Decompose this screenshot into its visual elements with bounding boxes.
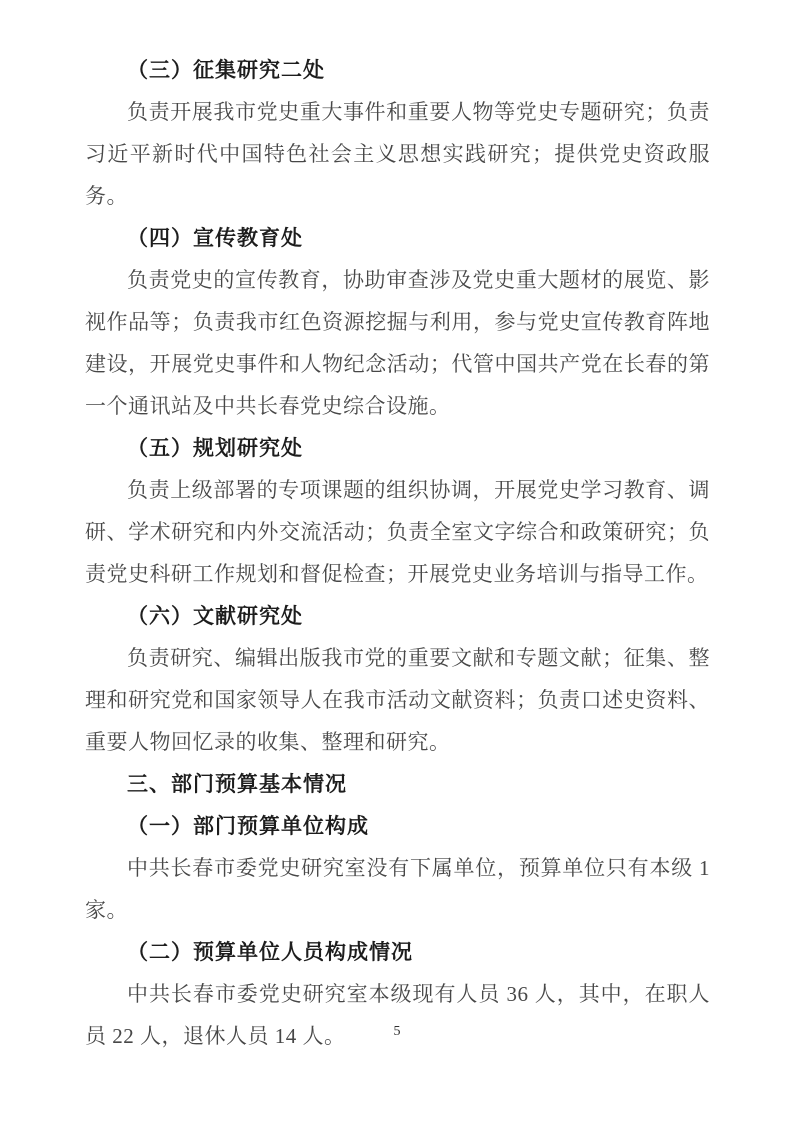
page-number: 5 <box>0 1022 794 1042</box>
section-heading-planning-research: （五）规划研究处 <box>85 427 710 469</box>
section-heading-literature-research: （六）文献研究处 <box>85 595 710 637</box>
chapter-heading-budget-basic-situation: 三、部门预算基本情况 <box>85 763 710 805</box>
document-body: （三）征集研究二处 负责开展我市党史重大事件和重要人物等党史专题研究；负责习近平… <box>85 49 710 1057</box>
section-heading-budget-unit-composition: （一）部门预算单位构成 <box>85 805 710 847</box>
paragraph-literature-research-duties: 负责研究、编辑出版我市党的重要文献和专题文献；征集、整理和研究党和国家领导人在我… <box>85 637 710 763</box>
paragraph-publicity-education-duties: 负责党史的宣传教育，协助审查涉及党史重大题材的展览、影视作品等；负责我市红色资源… <box>85 259 710 427</box>
paragraph-collection-research-2-duties: 负责开展我市党史重大事件和重要人物等党史专题研究；负责习近平新时代中国特色社会主… <box>85 91 710 217</box>
section-heading-personnel-composition: （二）预算单位人员构成情况 <box>85 931 710 973</box>
paragraph-planning-research-duties: 负责上级部署的专项课题的组织协调，开展党史学习教育、调研、学术研究和内外交流活动… <box>85 469 710 595</box>
section-heading-publicity-education: （四）宣传教育处 <box>85 217 710 259</box>
section-heading-collection-research-2: （三）征集研究二处 <box>85 49 710 91</box>
paragraph-personnel-composition: 中共长春市委党史研究室本级现有人员 36 人，其中，在职人员 22 人，退休人员… <box>85 973 710 1057</box>
document-page: （三）征集研究二处 负责开展我市党史重大事件和重要人物等党史专题研究；负责习近平… <box>0 0 794 1123</box>
paragraph-budget-unit-composition: 中共长春市委党史研究室没有下属单位，预算单位只有本级 1 家。 <box>85 847 710 931</box>
